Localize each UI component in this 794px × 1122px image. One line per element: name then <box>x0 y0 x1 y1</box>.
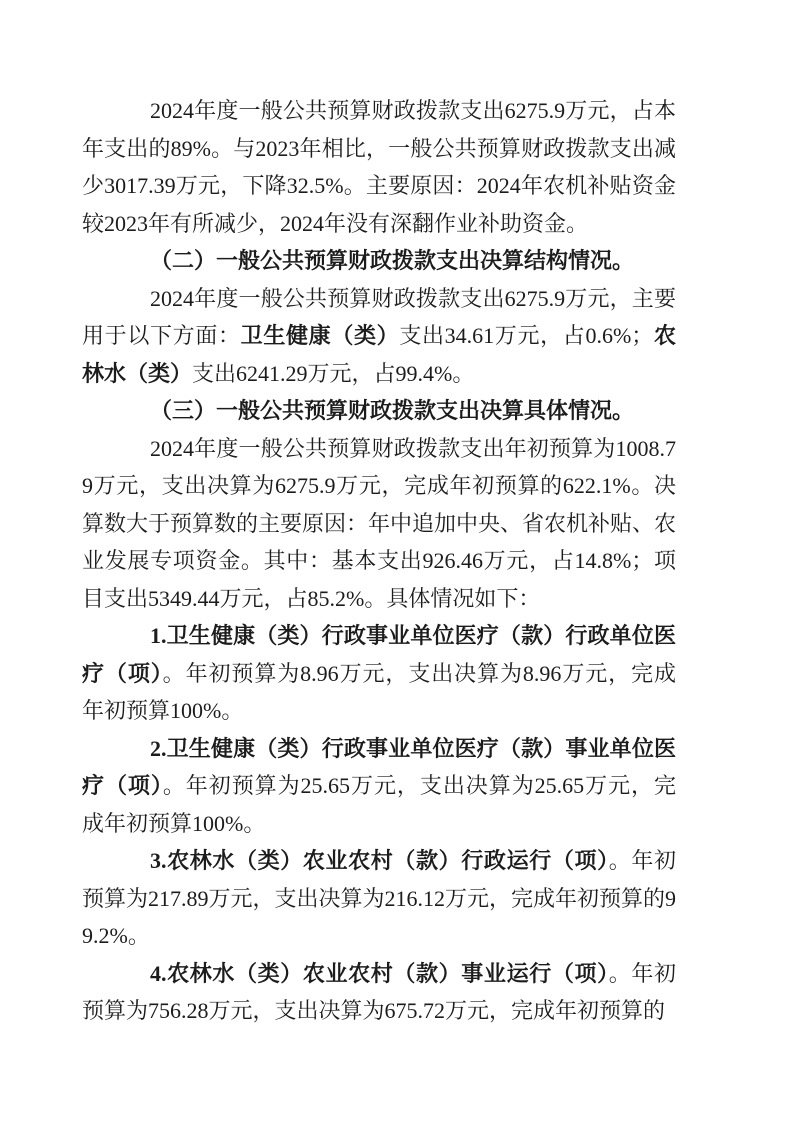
text-run: 支出34.61万元，占0.6%； <box>399 323 653 348</box>
paragraph: 2024年度一般公共预算财政拨款支出6275.9万元，占本年支出的89%。与20… <box>82 92 676 242</box>
paragraph: 2024年度一般公共预算财政拨款支出年初预算为1008.79万元，支出决算为62… <box>82 430 676 618</box>
text-run: 4.农林水（类）农业农村（款）事业运行（项） <box>150 961 609 986</box>
document-body: 2024年度一般公共预算财政拨款支出6275.9万元，占本年支出的89%。与20… <box>82 92 676 1030</box>
paragraph: 2.卫生健康（类）行政事业单位医疗（款）事业单位医疗（项）。年初预算为25.65… <box>82 730 676 843</box>
text-run: 3.农林水（类）农业农村（款）行政运行（项） <box>150 848 609 873</box>
document-page: 2024年度一般公共预算财政拨款支出6275.9万元，占本年支出的89%。与20… <box>0 0 794 1122</box>
paragraph: 2024年度一般公共预算财政拨款支出6275.9万元，主要用于以下方面：卫生健康… <box>82 280 676 393</box>
text-run: 2024年度一般公共预算财政拨款支出年初预算为1008.79万元，支出决算为62… <box>82 436 676 611</box>
text-run: 。年初预算为25.65万元，支出决算为25.65万元，完成年初预算100%。 <box>82 773 676 836</box>
text-run: 2024年度一般公共预算财政拨款支出6275.9万元，占本年支出的89%。与20… <box>82 98 676 236</box>
text-run: 。年初预算为8.96万元，支出决算为8.96万元，完成年初预算100%。 <box>82 661 676 724</box>
paragraph: 3.农林水（类）农业农村（款）行政运行（项）。年初预算为217.89万元，支出决… <box>82 842 676 955</box>
text-run: 卫生健康（类） <box>241 323 400 348</box>
text-run: （二）一般公共预算财政拨款支出决算结构情况。 <box>150 248 634 273</box>
section-heading: （三）一般公共预算财政拨款支出决算具体情况。 <box>82 392 676 430</box>
text-run: （三）一般公共预算财政拨款支出决算具体情况。 <box>150 398 634 423</box>
text-run: 支出6241.29万元，占99.4%。 <box>192 361 474 386</box>
section-heading: （二）一般公共预算财政拨款支出决算结构情况。 <box>82 242 676 280</box>
paragraph: 4.农林水（类）农业农村（款）事业运行（项）。年初预算为756.28万元，支出决… <box>82 955 676 1030</box>
paragraph: 1.卫生健康（类）行政事业单位医疗（款）行政单位医疗（项）。年初预算为8.96万… <box>82 617 676 730</box>
